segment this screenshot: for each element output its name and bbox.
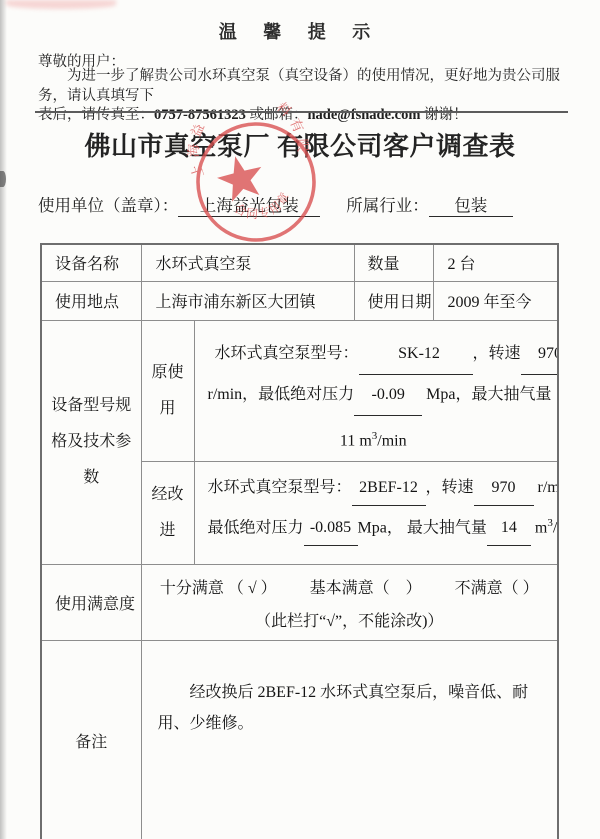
improved-speed-label: ，转速	[426, 479, 474, 496]
quantity-label: 数量	[354, 244, 433, 281]
original-pressure-label: r/min，最低绝对压力	[208, 386, 355, 403]
thanks-text: 谢谢！	[420, 107, 467, 123]
original-speed-label: ，转速	[473, 345, 521, 362]
email-prefix: 或邮箱：	[246, 107, 308, 123]
original-use-content: 水环式真空泵型号：SK-12，转速970 r/min，最低绝对压力-0.09 M…	[194, 320, 558, 461]
spec-section-label: 设备型号规格及技术参数	[41, 320, 141, 564]
improved-unit-pre: m	[531, 519, 547, 536]
improved-model-label: 水环式真空泵型号：	[208, 479, 352, 496]
option-not-satisfied: 不满意（ ）	[455, 574, 539, 604]
table-row-satisfaction: 使用满意度 十分满意 （ √ ） 基本满意（ ） 不满意（ ） （此栏打“√”，…	[41, 564, 558, 640]
original-pressure-field: -0.09	[354, 375, 422, 416]
improved-pressure-field: -0.085	[304, 511, 358, 546]
unit-value-field: 上海益光包装	[178, 192, 320, 217]
improved-pressure-label: 最低绝对压力	[208, 519, 304, 536]
scan-dark-mark	[0, 171, 6, 187]
usage-date-value: 2009 年至今	[433, 281, 558, 320]
satisfaction-options: 十分满意 （ √ ） 基本满意（ ） 不满意（ ）	[142, 574, 558, 604]
original-line3: 11 m3/min	[208, 416, 554, 461]
industry-value-field: 包装	[429, 192, 513, 217]
improved-unit-post: /min	[553, 519, 558, 536]
original-model-label: 水环式真空泵型号：	[215, 345, 359, 362]
quantity-value: 2 台	[433, 244, 558, 281]
table-row-device: 设备名称 水环式真空泵 数量 2 台	[41, 244, 558, 281]
unit-label: 使用单位（盖章）：	[38, 196, 178, 215]
option-very-satisfied: 十分满意 （ √ ）	[160, 574, 277, 604]
fax-number: 0757-87561323	[154, 107, 246, 123]
remark-content: 经改换后 2BEF-12 水环式真空泵后，噪音低、耐用、少维修。	[141, 640, 558, 839]
notice-body: 为进一步了解贵公司水环真空泵（真空设备）的使用情况，更好地为贵公司服务，请认真填…	[38, 67, 568, 126]
usage-date-label: 使用日期	[354, 281, 433, 320]
device-name-value: 水环式真空泵	[141, 244, 354, 281]
notice-body-line1: 为进一步了解贵公司水环真空泵（真空设备）的使用情况，更好地为贵公司服务，请认真填…	[38, 67, 568, 106]
improved-model-field: 2BEF-12	[352, 471, 426, 506]
original-speed-field: 970	[521, 334, 558, 375]
location-value: 上海市浦东新区大团镇	[141, 281, 354, 320]
form-title: 佛山市真空泵厂 有限公司客户调查表	[0, 126, 600, 163]
survey-table: 设备名称 水环式真空泵 数量 2 台 使用地点 上海市浦东新区大团镇 使用日期 …	[40, 243, 559, 839]
satisfaction-content: 十分满意 （ √ ） 基本满意（ ） 不满意（ ） （此栏打“√”，不能涂改)）	[141, 564, 558, 640]
remark-text: 经改换后 2BEF-12 水环式真空泵后，噪音低、耐用、少维修。	[158, 677, 530, 739]
improved-capacity-label: Mpa， 最大抽气量	[358, 519, 487, 536]
option-basically-satisfied: 基本满意（ ）	[310, 574, 422, 604]
notice-body-line2: 表后，请传真至：0757-87561323 或邮箱：nade@fsnade.co…	[38, 106, 568, 126]
original-capacity-value: 11 m	[340, 432, 372, 449]
improved-speed-field: 970	[474, 471, 534, 506]
notice-title: 温 馨 提 示	[0, 18, 600, 44]
email-address: nade@fsnade.com	[307, 107, 420, 123]
original-line1: 水环式真空泵型号：SK-12，转速970	[208, 334, 554, 375]
original-line2: r/min，最低绝对压力-0.09 Mpa，最大抽气量	[208, 375, 554, 416]
remark-label: 备注	[41, 640, 141, 839]
original-model-field: SK-12	[359, 334, 473, 375]
improved-line2: 最低绝对压力-0.085Mpa， 最大抽气量14 m3/min	[208, 506, 554, 546]
original-capacity-label: Mpa，最大抽气量	[422, 386, 551, 403]
original-capacity-unit: /min	[377, 432, 406, 449]
scanned-survey-form: 温 馨 提 示 尊敬的用户： 为进一步了解贵公司水环真空泵（真空设备）的使用情况…	[0, 0, 600, 839]
improved-line1: 水环式真空泵型号：2BEF-12，转速970 r/min，	[208, 471, 554, 506]
horizontal-divider	[35, 111, 568, 113]
improved-capacity-field: 14	[487, 511, 531, 546]
original-use-label: 原使用	[141, 320, 194, 461]
fax-prefix: 表后，请传真至：	[38, 107, 154, 123]
table-row-location: 使用地点 上海市浦东新区大团镇 使用日期 2009 年至今	[41, 281, 558, 320]
improved-label: 经改进	[141, 461, 194, 564]
table-row-spec-original: 设备型号规格及技术参数 原使用 水环式真空泵型号：SK-12，转速970 r/m…	[41, 320, 558, 461]
scan-pink-smudge	[6, 0, 116, 9]
satisfaction-label: 使用满意度	[41, 564, 141, 640]
table-row-remark: 备注 经改换后 2BEF-12 水环式真空泵后，噪音低、耐用、少维修。	[41, 640, 558, 839]
unit-industry-line: 使用单位（盖章）：上海益光包装所属行业：包装	[38, 192, 513, 217]
satisfaction-note: （此栏打“√”，不能涂改)）	[142, 607, 558, 637]
improved-content: 水环式真空泵型号：2BEF-12，转速970 r/min， 最低绝对压力-0.0…	[194, 461, 558, 564]
device-name-label: 设备名称	[41, 244, 141, 281]
improved-rmin-label: r/min，	[534, 479, 558, 496]
industry-label: 所属行业：	[346, 196, 429, 215]
scan-edge-shadow	[0, 0, 7, 839]
location-label: 使用地点	[41, 281, 141, 320]
